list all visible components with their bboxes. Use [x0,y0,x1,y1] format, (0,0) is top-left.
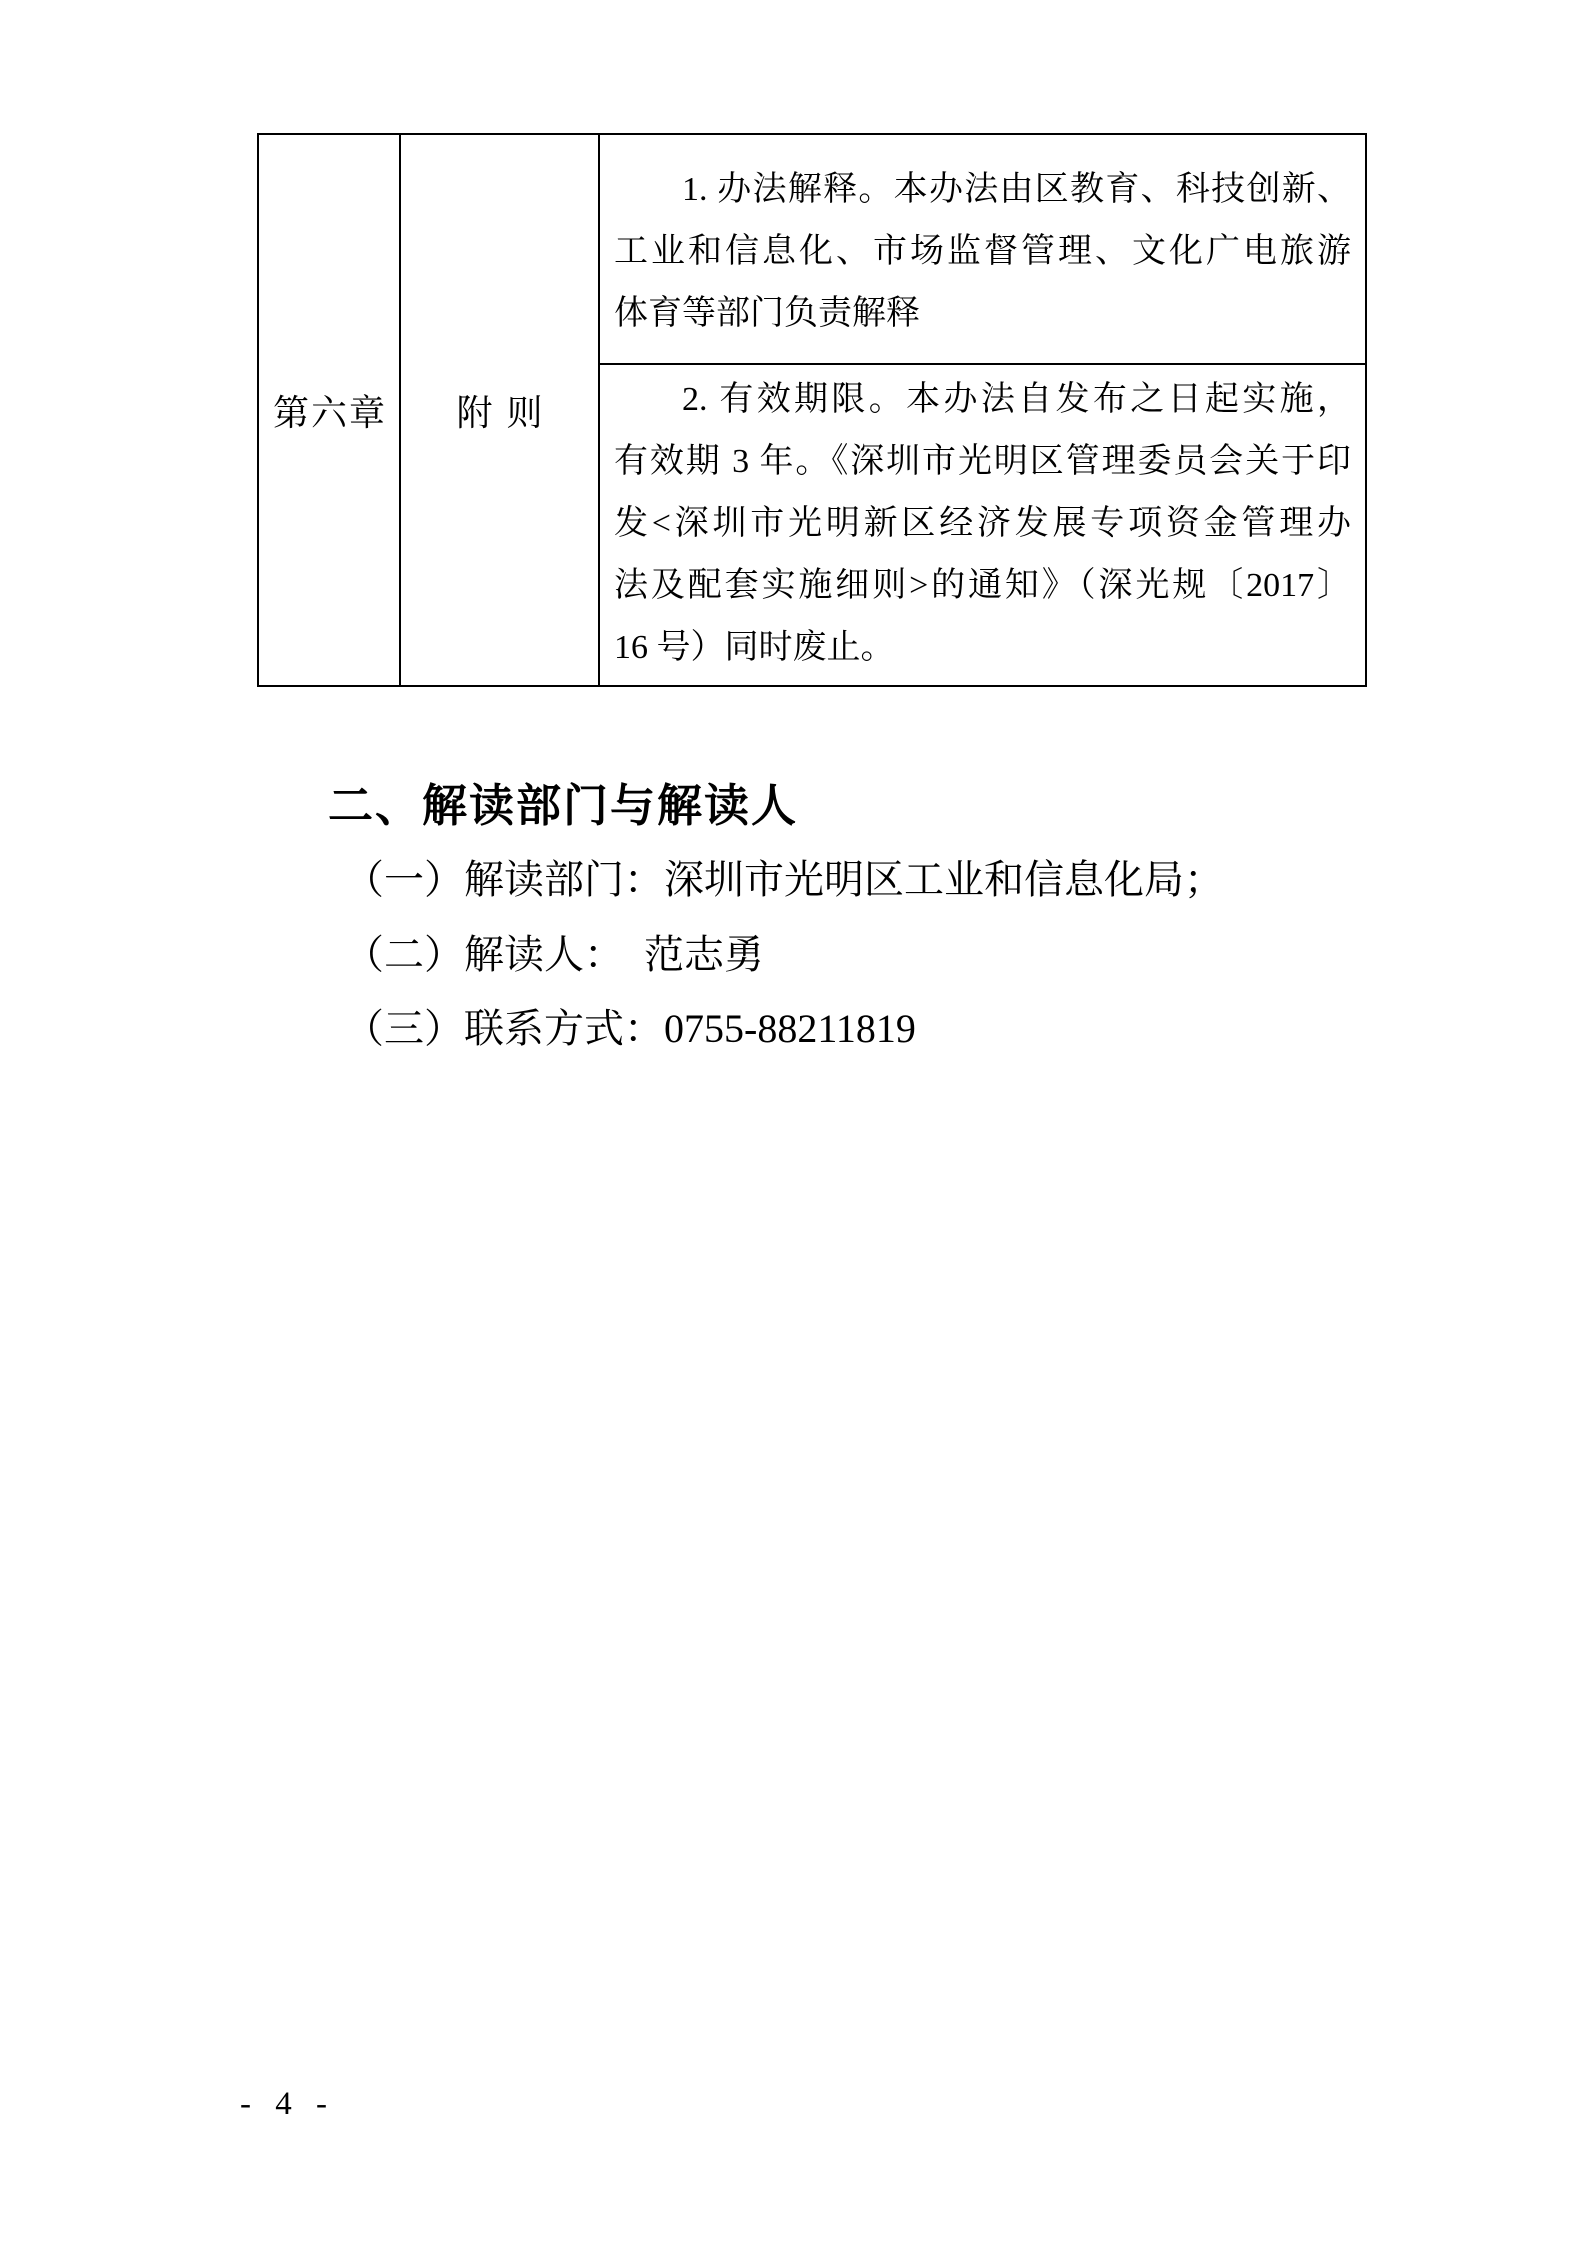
chapter-title-label: 附则 [442,385,556,436]
chapter-title-cell: 附则 [401,135,600,685]
table-text-line: 有效期 3 年。《深圳市光明区管理委员会关于印 [614,431,1351,493]
chapters-table: 第六章 附则 1. 办法解释。本办法由区教育、科技创新、 工业和信息化、市场监督… [257,133,1367,687]
interpretation-cell: 1. 办法解释。本办法由区教育、科技创新、 工业和信息化、市场监督管理、文化广电… [600,135,1365,365]
section-item-department: （一）解读部门：深圳市光明区工业和信息化局； [344,856,1224,904]
page-number: - 4 - [240,2086,335,2123]
table-text-line: 发<深圳市光明新区经济发展专项资金管理办 [614,493,1351,555]
table-text-line: 法及配套实施细则>的通知》（深光规〔2017〕 [614,555,1351,617]
table-text-line: 体育等部门负责解释 [614,283,1351,345]
section-item-person: （二）解读人： 范志勇 [344,931,764,979]
table-text-line: 2. 有效期限。本办法自发布之日起实施， [614,369,1351,431]
section-item-contact: （三）联系方式：0755-88211819 [344,1005,916,1053]
chapter-content-cell: 1. 办法解释。本办法由区教育、科技创新、 工业和信息化、市场监督管理、文化广电… [600,135,1365,685]
chapter-cell: 第六章 [259,135,401,685]
document-page: 第六章 附则 1. 办法解释。本办法由区教育、科技创新、 工业和信息化、市场监督… [0,0,1587,2245]
table-text-line: 1. 办法解释。本办法由区教育、科技创新、 [614,159,1351,221]
section-heading: 二、解读部门与解读人 [328,780,798,832]
table-text-line: 16 号）同时废止。 [614,617,1351,679]
chapter-label: 第六章 [271,385,387,436]
validity-cell: 2. 有效期限。本办法自发布之日起实施， 有效期 3 年。《深圳市光明区管理委员… [600,365,1365,685]
table-text-line: 工业和信息化、市场监督管理、文化广电旅游 [614,221,1351,283]
